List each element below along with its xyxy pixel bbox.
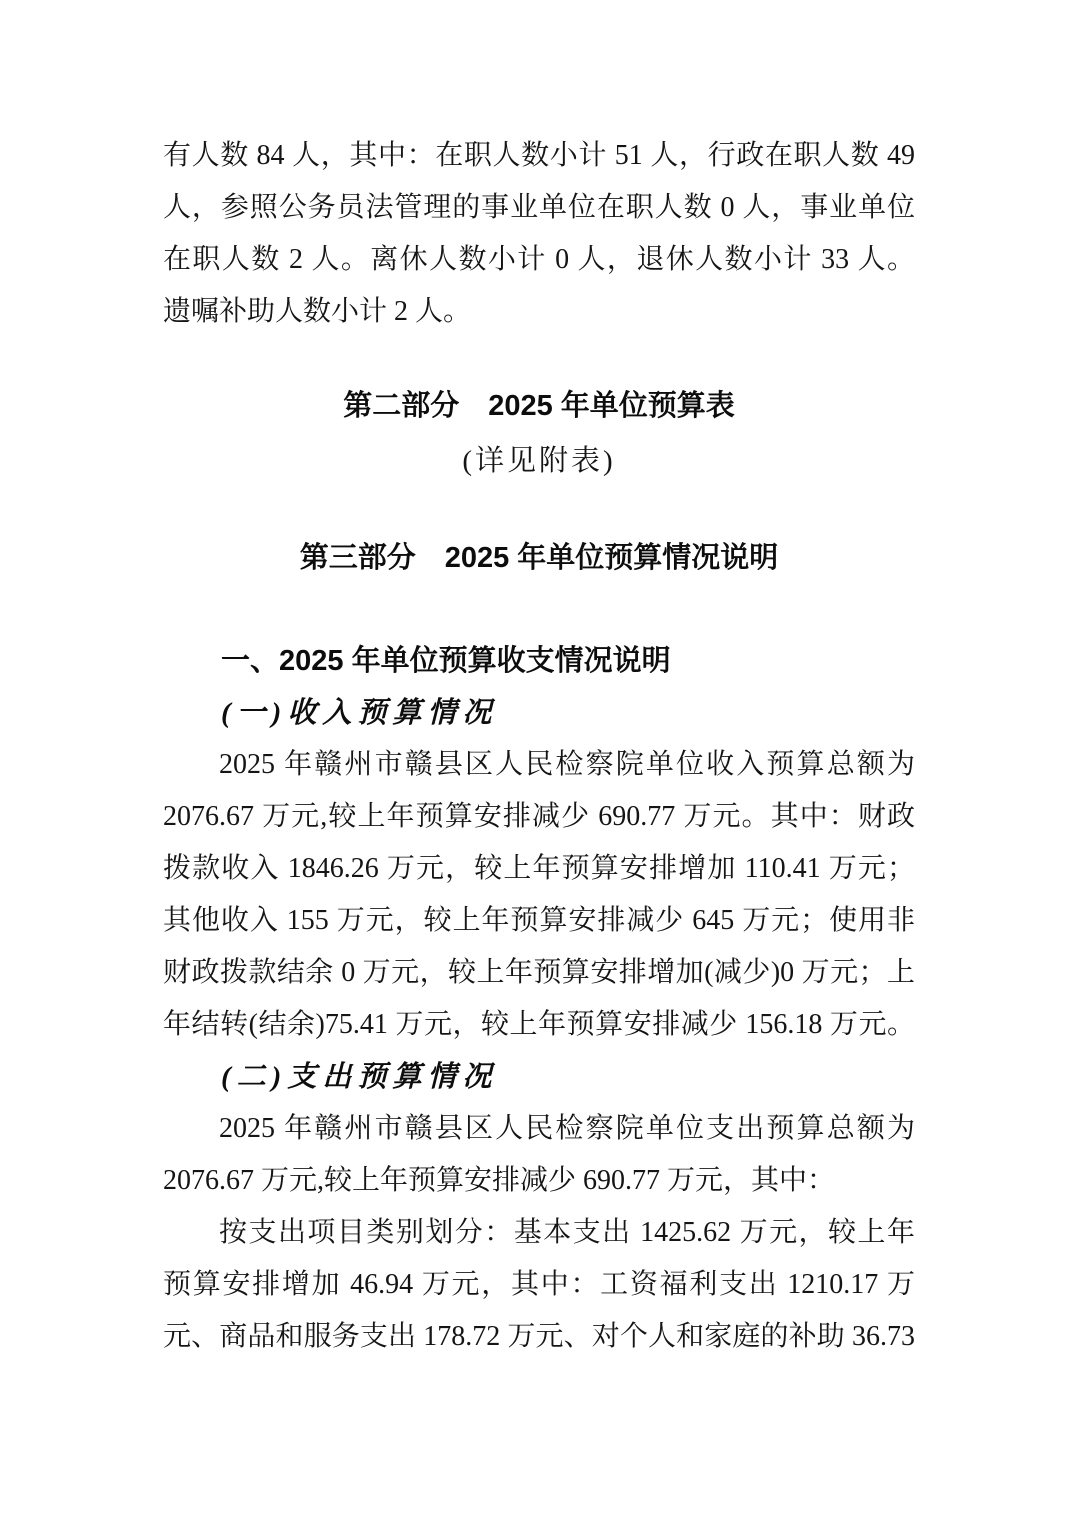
paragraph-staffing: 有人数 84 人，其中：在职人数小计 51 人，行政在职人数 49 人，参照公务… xyxy=(163,130,915,338)
paragraph-expense-detail: 按支出项目类别划分：基本支出 1425.62 万元，较上年 预算安排增加 46.… xyxy=(163,1207,915,1363)
income-line-3: 拨款收入 1846.26 万元，较上年预算安排增加 110.41 万元； xyxy=(163,843,915,895)
section1-heading: 一、2025 年单位预算收支情况说明 xyxy=(163,635,915,687)
income-line-6: 年结转(结余)75.41 万元，较上年预算安排减少 156.18 万元。 xyxy=(163,999,915,1051)
document-page: 有人数 84 人，其中：在职人数小计 51 人，行政在职人数 49 人，参照公务… xyxy=(163,130,915,1363)
part2-attachment-note: (详见附表) xyxy=(163,435,915,487)
income-line-1: 2025 年赣州市赣县区人民检察院单位收入预算总额为 xyxy=(163,739,915,791)
income-subheading: (一)收入预算情况 xyxy=(163,687,915,739)
expense-subheading: (二)支出预算情况 xyxy=(163,1051,915,1103)
expense-detail-line-3: 元、商品和服务支出 178.72 万元、对个人和家庭的补助 36.73 xyxy=(163,1311,915,1363)
expense-detail-line-1: 按支出项目类别划分：基本支出 1425.62 万元，较上年 xyxy=(163,1207,915,1259)
income-line-2: 2076.67 万元,较上年预算安排减少 690.77 万元。其中：财政 xyxy=(163,791,915,843)
staffing-line-1: 有人数 84 人，其中：在职人数小计 51 人，行政在职人数 49 xyxy=(163,130,915,182)
staffing-line-2: 人，参照公务员法管理的事业单位在职人数 0 人，事业单位 xyxy=(163,182,915,234)
paragraph-income: 2025 年赣州市赣县区人民检察院单位收入预算总额为 2076.67 万元,较上… xyxy=(163,739,915,1051)
part2-heading: 第二部分 2025 年单位预算表 xyxy=(163,380,915,432)
staffing-line-4: 遗嘱补助人数小计 2 人。 xyxy=(163,286,915,338)
staffing-line-3: 在职人数 2 人。离休人数小计 0 人，退休人数小计 33 人。 xyxy=(163,234,915,286)
income-line-4: 其他收入 155 万元，较上年预算安排减少 645 万元；使用非 xyxy=(163,895,915,947)
income-line-5: 财政拨款结余 0 万元，较上年预算安排增加(减少)0 万元；上 xyxy=(163,947,915,999)
expense-total-line-1: 2025 年赣州市赣县区人民检察院单位支出预算总额为 xyxy=(163,1103,915,1155)
part3-heading: 第三部分 2025 年单位预算情况说明 xyxy=(163,532,915,584)
paragraph-expense-total: 2025 年赣州市赣县区人民检察院单位支出预算总额为 2076.67 万元,较上… xyxy=(163,1103,915,1207)
expense-total-line-2: 2076.67 万元,较上年预算安排减少 690.77 万元，其中： xyxy=(163,1155,915,1207)
expense-detail-line-2: 预算安排增加 46.94 万元，其中：工资福利支出 1210.17 万 xyxy=(163,1259,915,1311)
